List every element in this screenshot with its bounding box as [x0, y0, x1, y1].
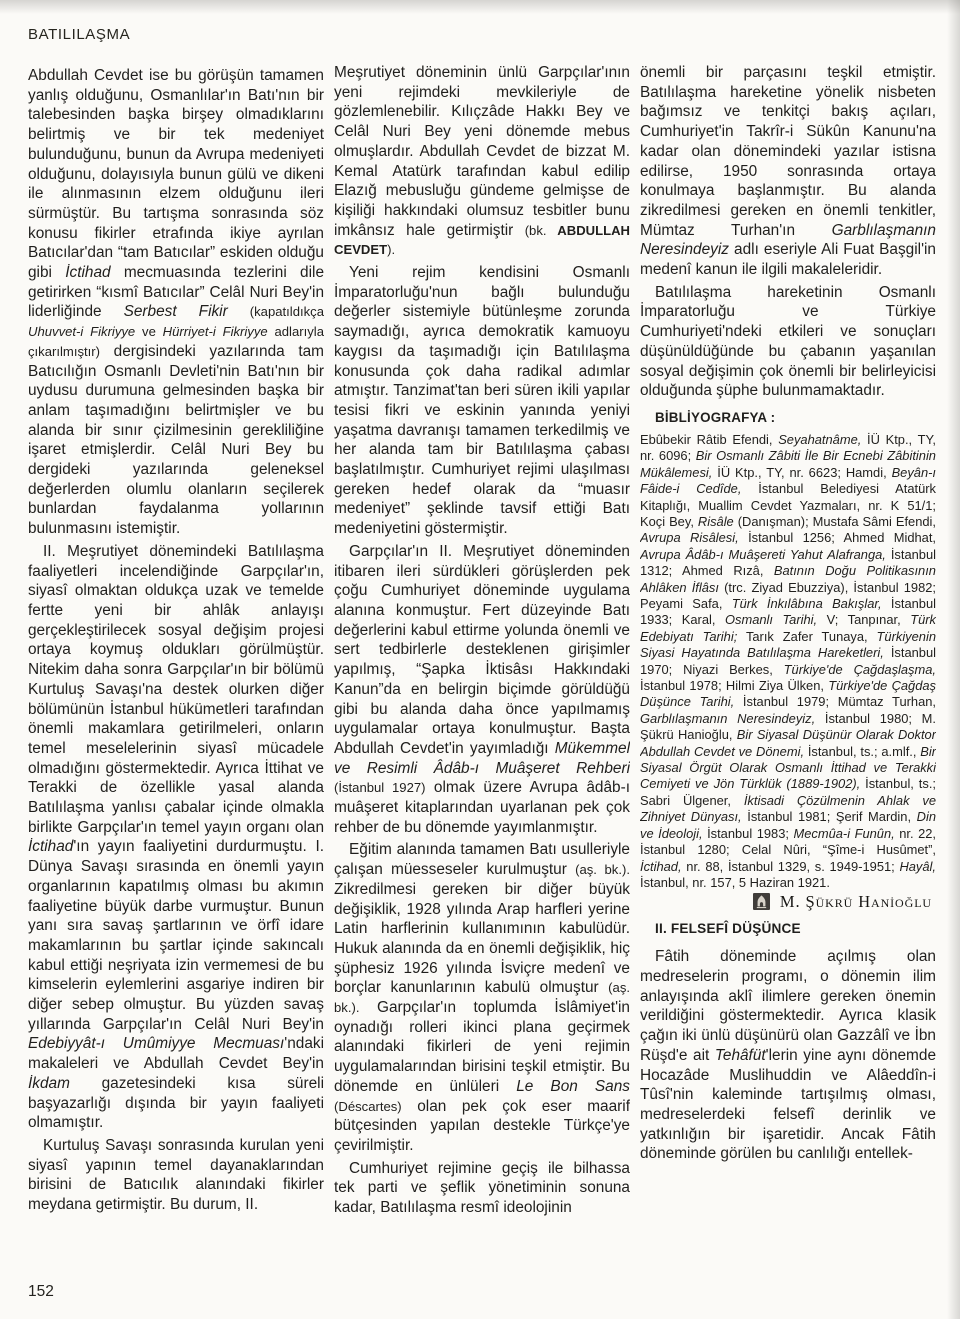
text-segment: (bk. — [525, 223, 558, 238]
text-segment: İstanbul 1256; Ahmed Midhat, — [739, 530, 936, 545]
text-segment: İstanbul 1983; — [703, 826, 794, 841]
text-segment — [228, 303, 250, 320]
text-segment: İctihad — [65, 264, 110, 281]
text-segment: dergisindeki yazılarında tam Batıcılığın… — [28, 343, 324, 537]
text-segment: İctihad — [28, 838, 73, 855]
text-segment: Tarık Zafer Tunaya, — [737, 629, 876, 644]
text-segment: İstanbul 1978; Hilmi Ziya Ülken, — [640, 678, 828, 693]
text-segment: Risâle — [698, 514, 734, 529]
section-heading: II. FELSEFÎ DÜŞÜNCE — [640, 921, 936, 936]
text-segment: Hürriyet-i Fikriyye — [163, 324, 268, 339]
text-segment: Batılılaşma hareketinin Osmanlı İmparato… — [640, 284, 936, 400]
text-column-1: Abdullah Cevdet ise bu görüşün tamamen y… — [28, 66, 324, 1294]
encyclopedia-page: BATILILAŞMA Abdullah Cevdet ise bu görüş… — [0, 0, 960, 1319]
bibliography-heading: BİBLİYOGRAFYA : — [640, 410, 936, 425]
text-segment: Serbest Fikir — [124, 303, 228, 320]
paragraph: II. Meşrutiyet dönemindeki Batılılaşma f… — [28, 542, 324, 1133]
text-segment: gazetesindeki kısa süreli başyazarlığı d… — [28, 1075, 324, 1131]
paragraph: önemli bir parçasını teşkil etmiştir. Ba… — [640, 63, 936, 280]
paragraph: Eğitim alanında tamamen Batı usulleriyle… — [334, 840, 630, 1155]
text-segment: Uhuvvet-i Fikriyye — [28, 324, 135, 339]
paragraph: Cumhuriyet rejimine geçiş ile bilhassa t… — [334, 1159, 630, 1218]
text-segment: II. Meşrutiyet dönemindeki Batılılaşma f… — [28, 543, 324, 836]
text-segment: ve — [135, 324, 162, 339]
text-segment: (İstanbul 1927) — [334, 780, 426, 795]
text-segment: Seyahatnâme, — [778, 432, 861, 447]
text-segment: (aş. bk.). — [575, 862, 630, 877]
publisher-logo-icon — [753, 893, 770, 910]
text-segment: İÜ Ktp., TY, nr. 6623; Hamdi, — [712, 465, 891, 480]
text-segment: (kapatıldıkça — [250, 304, 324, 319]
paragraph: Fâtih döneminde açılmış olan medreseleri… — [640, 947, 936, 1164]
text-segment: İstanbul 1979; Mümtaz Turhan, — [734, 694, 936, 709]
text-segment: Yeni rejim kendisini Osmanlı İmparatorlu… — [334, 264, 630, 537]
text-segment: Garblılaşmanın Neresindeyiz, — [640, 711, 815, 726]
text-segment: Mecmûa-i Funûn, — [794, 826, 895, 841]
text-segment: Avrupa Âdâb-ı Muâşereti Yahut Alafranga, — [640, 547, 886, 562]
text-segment: nr. 88, İstanbul 1329, s. 1949-1951; — [682, 859, 900, 874]
text-segment: Hayâl, — [899, 859, 936, 874]
running-header: BATILILAŞMA — [28, 26, 130, 43]
text-column-3: önemli bir parçasını teşkil etmiştir. Ba… — [640, 63, 936, 1291]
text-segment: önemli bir parçasını teşkil etmiştir. Ba… — [640, 64, 936, 239]
paragraph: Yeni rejim kendisini Osmanlı İmparatorlu… — [334, 263, 630, 539]
text-segment: 'lerin yine aynı dönemde Hocazâde Muslih… — [640, 1047, 936, 1163]
scan-edge-right — [947, 0, 960, 1319]
text-segment: Kurtuluş Savaşı sonrasında kurulan yeni … — [28, 1137, 324, 1213]
text-segment: Le Bon Sans — [516, 1078, 630, 1095]
paragraph: Abdullah Cevdet ise bu görüşün tamamen y… — [28, 66, 324, 539]
bibliography-text: Ebûbekir Râtib Efendi, Seyahatnâme, İÜ K… — [640, 432, 936, 891]
text-segment: (Danışman); Mustafa Sâmi Efendi, — [734, 514, 936, 529]
text-segment: Meşrutiyet döneminin ünlü Garpçılar'ının… — [334, 64, 630, 239]
text-segment: İstanbul 1981; Şerif Mardin, — [742, 809, 917, 824]
text-column-2: Meşrutiyet döneminin ünlü Garpçılar'ının… — [334, 63, 630, 1291]
text-segment: ). — [387, 242, 395, 257]
text-segment: İstanbul, ts.; a.mlf., — [804, 744, 920, 759]
text-segment: Garpçılar'ın II. Meşrutiyet döneminden i… — [334, 543, 630, 757]
page-number: 152 — [28, 1283, 54, 1301]
text-segment: İctihad, — [640, 859, 682, 874]
text-segment: Tehâfüt — [715, 1047, 766, 1064]
text-segment: (Déscartes) — [334, 1099, 402, 1114]
text-segment: İstanbul, nr. 157, 5 Haziran 1921. — [640, 875, 830, 890]
paragraph: Meşrutiyet döneminin ünlü Garpçılar'ının… — [334, 63, 630, 260]
text-segment: V; Tanpınar, — [817, 612, 910, 627]
text-segment: Abdullah Cevdet ise bu görüşün tamamen y… — [28, 67, 324, 281]
paragraph: Kurtuluş Savaşı sonrasında kurulan yeni … — [28, 1136, 324, 1215]
text-segment: 'ın yayın faaliyetini durdurmuştu. I. Dü… — [28, 838, 324, 1032]
text-segment: İkdam — [28, 1075, 70, 1092]
scan-edge-top — [0, 0, 960, 14]
text-segment: Avrupa Risâlesi, — [640, 530, 739, 545]
text-segment: Edebiyyât-ı Umûmiyye Mecmuası — [28, 1035, 284, 1052]
text-segment: Ebûbekir Râtib Efendi, — [640, 432, 778, 447]
text-segment: Osmanlı Tarihi, — [725, 612, 817, 627]
text-segment: Cumhuriyet rejimine geçiş ile bilhassa t… — [334, 1160, 630, 1216]
author-signature: M. Şükrü Hanioğlu — [753, 893, 932, 910]
author-name: M. Şükrü Hanioğlu — [780, 894, 932, 910]
text-segment: Türk İnkılâbına Bakışlar, — [732, 596, 882, 611]
text-segment: Zikredilmesi gereken bir diğer büyük değ… — [334, 881, 630, 997]
text-segment: Türkiye'de Çağdaşlaşma, — [784, 662, 936, 677]
paragraph: Garpçılar'ın II. Meşrutiyet döneminden i… — [334, 542, 630, 838]
paragraph: Batılılaşma hareketinin Osmanlı İmparato… — [640, 283, 936, 401]
